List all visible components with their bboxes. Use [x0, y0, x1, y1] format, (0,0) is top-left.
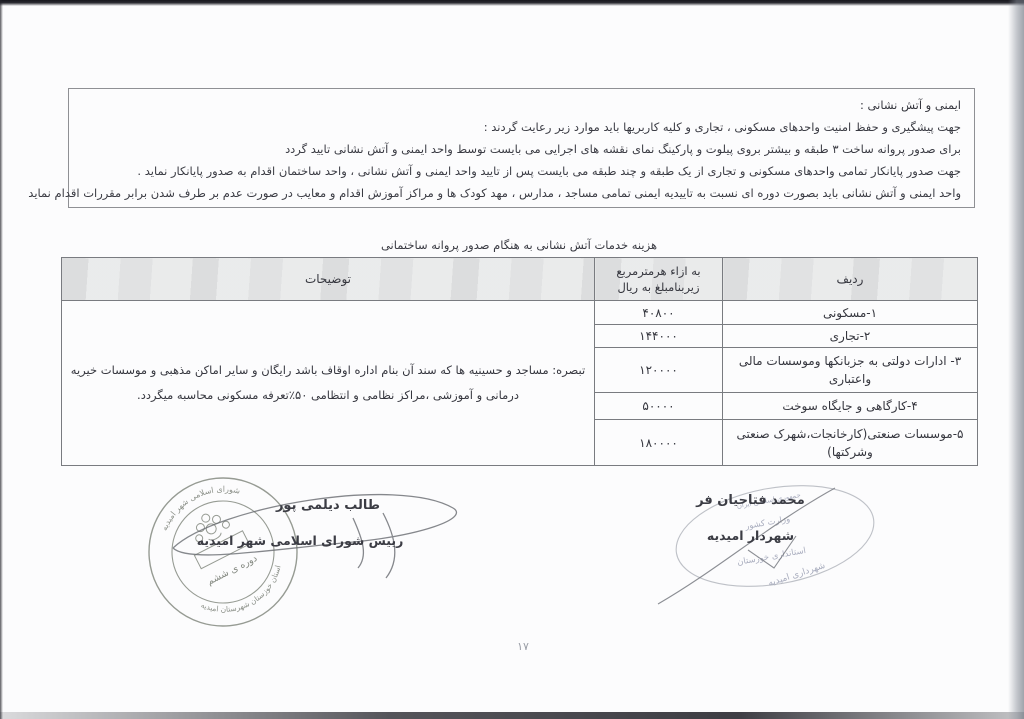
- row-amount: ۱۴۴۰۰۰: [595, 325, 723, 348]
- scan-edge-top: [0, 0, 1024, 6]
- council-head-name: طالب دیلمی پور: [248, 498, 408, 513]
- scan-edge-right: [1008, 0, 1024, 719]
- fee-table-header-row: ردیف به ازاء هرمترمربع زیربنامبلغ به ریا…: [62, 258, 978, 301]
- header-row-label: ردیف: [723, 258, 978, 301]
- header-amount-line2: زیربنامبلغ به ریال: [601, 279, 716, 295]
- header-notes: توضیحات: [62, 258, 595, 301]
- row-category: ۲-تجاری: [723, 325, 978, 348]
- row-amount: ۴۰۸۰۰: [595, 301, 723, 325]
- scanned-document-page: ایمنی و آتش نشانی : جهت پیشگیری و حفظ ام…: [0, 0, 1024, 719]
- row-amount: ۱۸۰۰۰۰: [595, 420, 723, 466]
- mayor-title: شهردار امیدیه: [678, 528, 823, 543]
- page-number: ۱۷: [498, 640, 548, 653]
- row-amount: ۱۲۰۰۰۰: [595, 348, 723, 393]
- header-amount-line1: به ازاء هرمترمربع: [601, 263, 716, 279]
- fee-table: ردیف به ازاء هرمترمربع زیربنامبلغ به ریا…: [61, 257, 978, 466]
- intro-line-4: واحد ایمنی و آتش نشانی باید بصورت دوره ا…: [82, 182, 961, 204]
- safety-intro-box: ایمنی و آتش نشانی : جهت پیشگیری و حفظ ام…: [68, 88, 975, 208]
- notes-cell: تبصره: مساجد و حسینیه ها که سند آن بنام …: [62, 301, 595, 466]
- row-category: ۱-مسکونی: [723, 301, 978, 325]
- intro-line-1: جهت پیشگیری و حفظ امنیت واحدهای مسکونی ،…: [82, 116, 961, 138]
- fee-table-title: هزینه خدمات آتش نشانی به هنگام صدور پروا…: [61, 238, 977, 252]
- stamp-line3: استانداری خوزستان: [736, 546, 806, 568]
- mayor-name: محمد فتاحیان فر: [668, 493, 833, 508]
- row-category: ۴-کارگاهی و جایگاه سوخت: [723, 393, 978, 420]
- council-head-title: رییس شورای اسلامی شهر امیدیه: [170, 533, 430, 548]
- intro-line-3: جهت صدور پایانکار تمامی واحدهای مسکونی و…: [82, 160, 961, 182]
- row-amount: ۵۰۰۰۰: [595, 393, 723, 420]
- scan-edge-left: [0, 0, 3, 719]
- scan-edge-bottom: [0, 712, 1024, 719]
- row-category: ۵-موسسات صنعتی(کارخانجات،شهرک صنعتی وشرک…: [723, 420, 978, 466]
- table-row: ۱-مسکونی ۴۰۸۰۰ تبصره: مساجد و حسینیه ها …: [62, 301, 978, 325]
- section-heading: ایمنی و آتش نشانی :: [82, 94, 961, 116]
- header-amount: به ازاء هرمترمربع زیربنامبلغ به ریال: [595, 258, 723, 301]
- intro-line-2: برای صدور پروانه ساخت ۳ طبقه و بیشتر برو…: [82, 138, 961, 160]
- row-category: ۳- ادارات دولتی به جزبانکها وموسسات مالی…: [723, 348, 978, 393]
